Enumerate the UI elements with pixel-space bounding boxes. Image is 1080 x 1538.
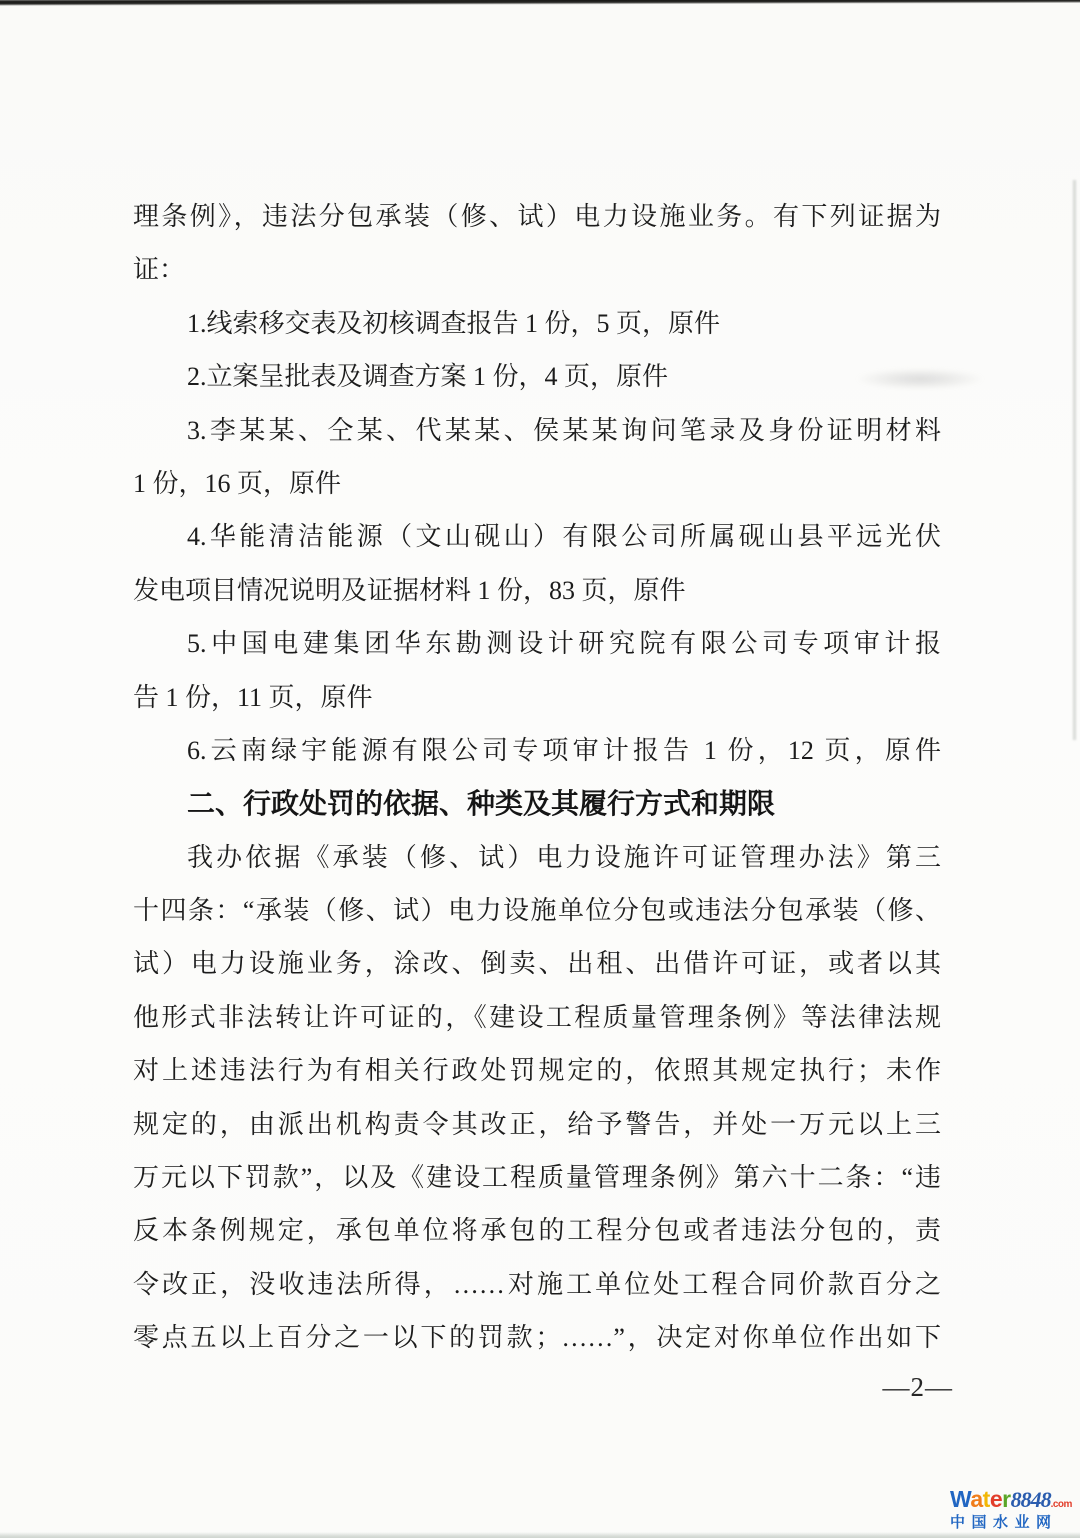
evidence-item-2: 2.立案呈批表及调查方案 1 份，4 页，原件	[133, 350, 941, 403]
watermark-letter: e	[990, 1486, 1002, 1512]
document-page: 理条例》，违法分包承装（修、试）电力设施业务。有下列证据为 证： 1.线索移交表…	[0, 0, 1080, 1538]
text-line: 证：	[133, 243, 941, 296]
text-line: 发电项目情况说明及证据材料 1 份，83 页，原件	[133, 564, 941, 617]
watermark-number: 8848	[1011, 1487, 1051, 1512]
text-line: 1 份，16 页，原件	[133, 457, 941, 510]
text-line: 规定的，由派出机构责令其改正，给予警告，并处一万元以上三	[133, 1098, 941, 1151]
text-line: 十四条：“承装（修、试）电力设施单位分包或违法分包承装（修、	[133, 884, 941, 937]
text-line: 对上述违法行为有相关行政处罚规定的，依照其规定执行；未作	[133, 1044, 941, 1097]
text-line: 理条例》，违法分包承装（修、试）电力设施业务。有下列证据为	[133, 190, 941, 243]
evidence-item-6: 6.云南绿宇能源有限公司专项审计报告 1 份，12 页，原件	[133, 724, 941, 777]
watermark-brand: Water8848.com	[950, 1488, 1078, 1511]
text-line: 令改正，没收违法所得，……对施工单位处工程合同价款百分之	[133, 1258, 941, 1311]
evidence-item-1: 1.线索移交表及初核调查报告 1 份，5 页，原件	[133, 297, 941, 350]
document-body: 理条例》，违法分包承装（修、试）电力设施业务。有下列证据为 证： 1.线索移交表…	[133, 190, 941, 1365]
watermark-domain: .com	[1051, 1499, 1072, 1510]
watermark-logo: Water8848.com 中国水业网	[950, 1488, 1078, 1530]
text-line: 我办依据《承装（修、试）电力设施许可证管理办法》第三	[133, 831, 941, 884]
watermark-letter: r	[1002, 1486, 1010, 1512]
evidence-item-5: 5.中国电建集团华东勘测设计研究院有限公司专项审计报	[133, 617, 941, 670]
watermark-letter: a	[970, 1486, 982, 1512]
text-line: 告 1 份，11 页，原件	[133, 671, 941, 724]
scan-edge-artifact-top	[0, 0, 1080, 6]
scan-edge-artifact-bottom	[0, 1532, 1080, 1538]
watermark-subtitle: 中国水业网	[950, 1515, 1078, 1530]
text-line: 零点五以上百分之一以下的罚款；……”，决定对你单位作出如下	[133, 1311, 941, 1364]
text-line: 反本条例规定，承包单位将承包的工程分包或者违法分包的，责	[133, 1204, 941, 1257]
page-number: —2—	[883, 1372, 954, 1402]
evidence-item-3: 3.李某某、仝某、代某某、侯某某询问笔录及身份证明材料	[133, 404, 941, 457]
text-line: 试）电力设施业务，涂改、倒卖、出租、出借许可证，或者以其	[133, 937, 941, 990]
watermark-letter: t	[983, 1486, 990, 1512]
watermark-letter: W	[950, 1486, 970, 1512]
scan-edge-artifact-right	[1073, 180, 1076, 740]
section-heading: 二、行政处罚的依据、种类及其履行方式和期限	[133, 777, 941, 830]
text-line: 他形式非法转让许可证的，《建设工程质量管理条例》等法律法规	[133, 991, 941, 1044]
evidence-item-4: 4.华能清洁能源（文山砚山）有限公司所属砚山县平远光伏	[133, 510, 941, 563]
text-line: 万元以下罚款”，以及《建设工程质量管理条例》第六十二条：“违	[133, 1151, 941, 1204]
